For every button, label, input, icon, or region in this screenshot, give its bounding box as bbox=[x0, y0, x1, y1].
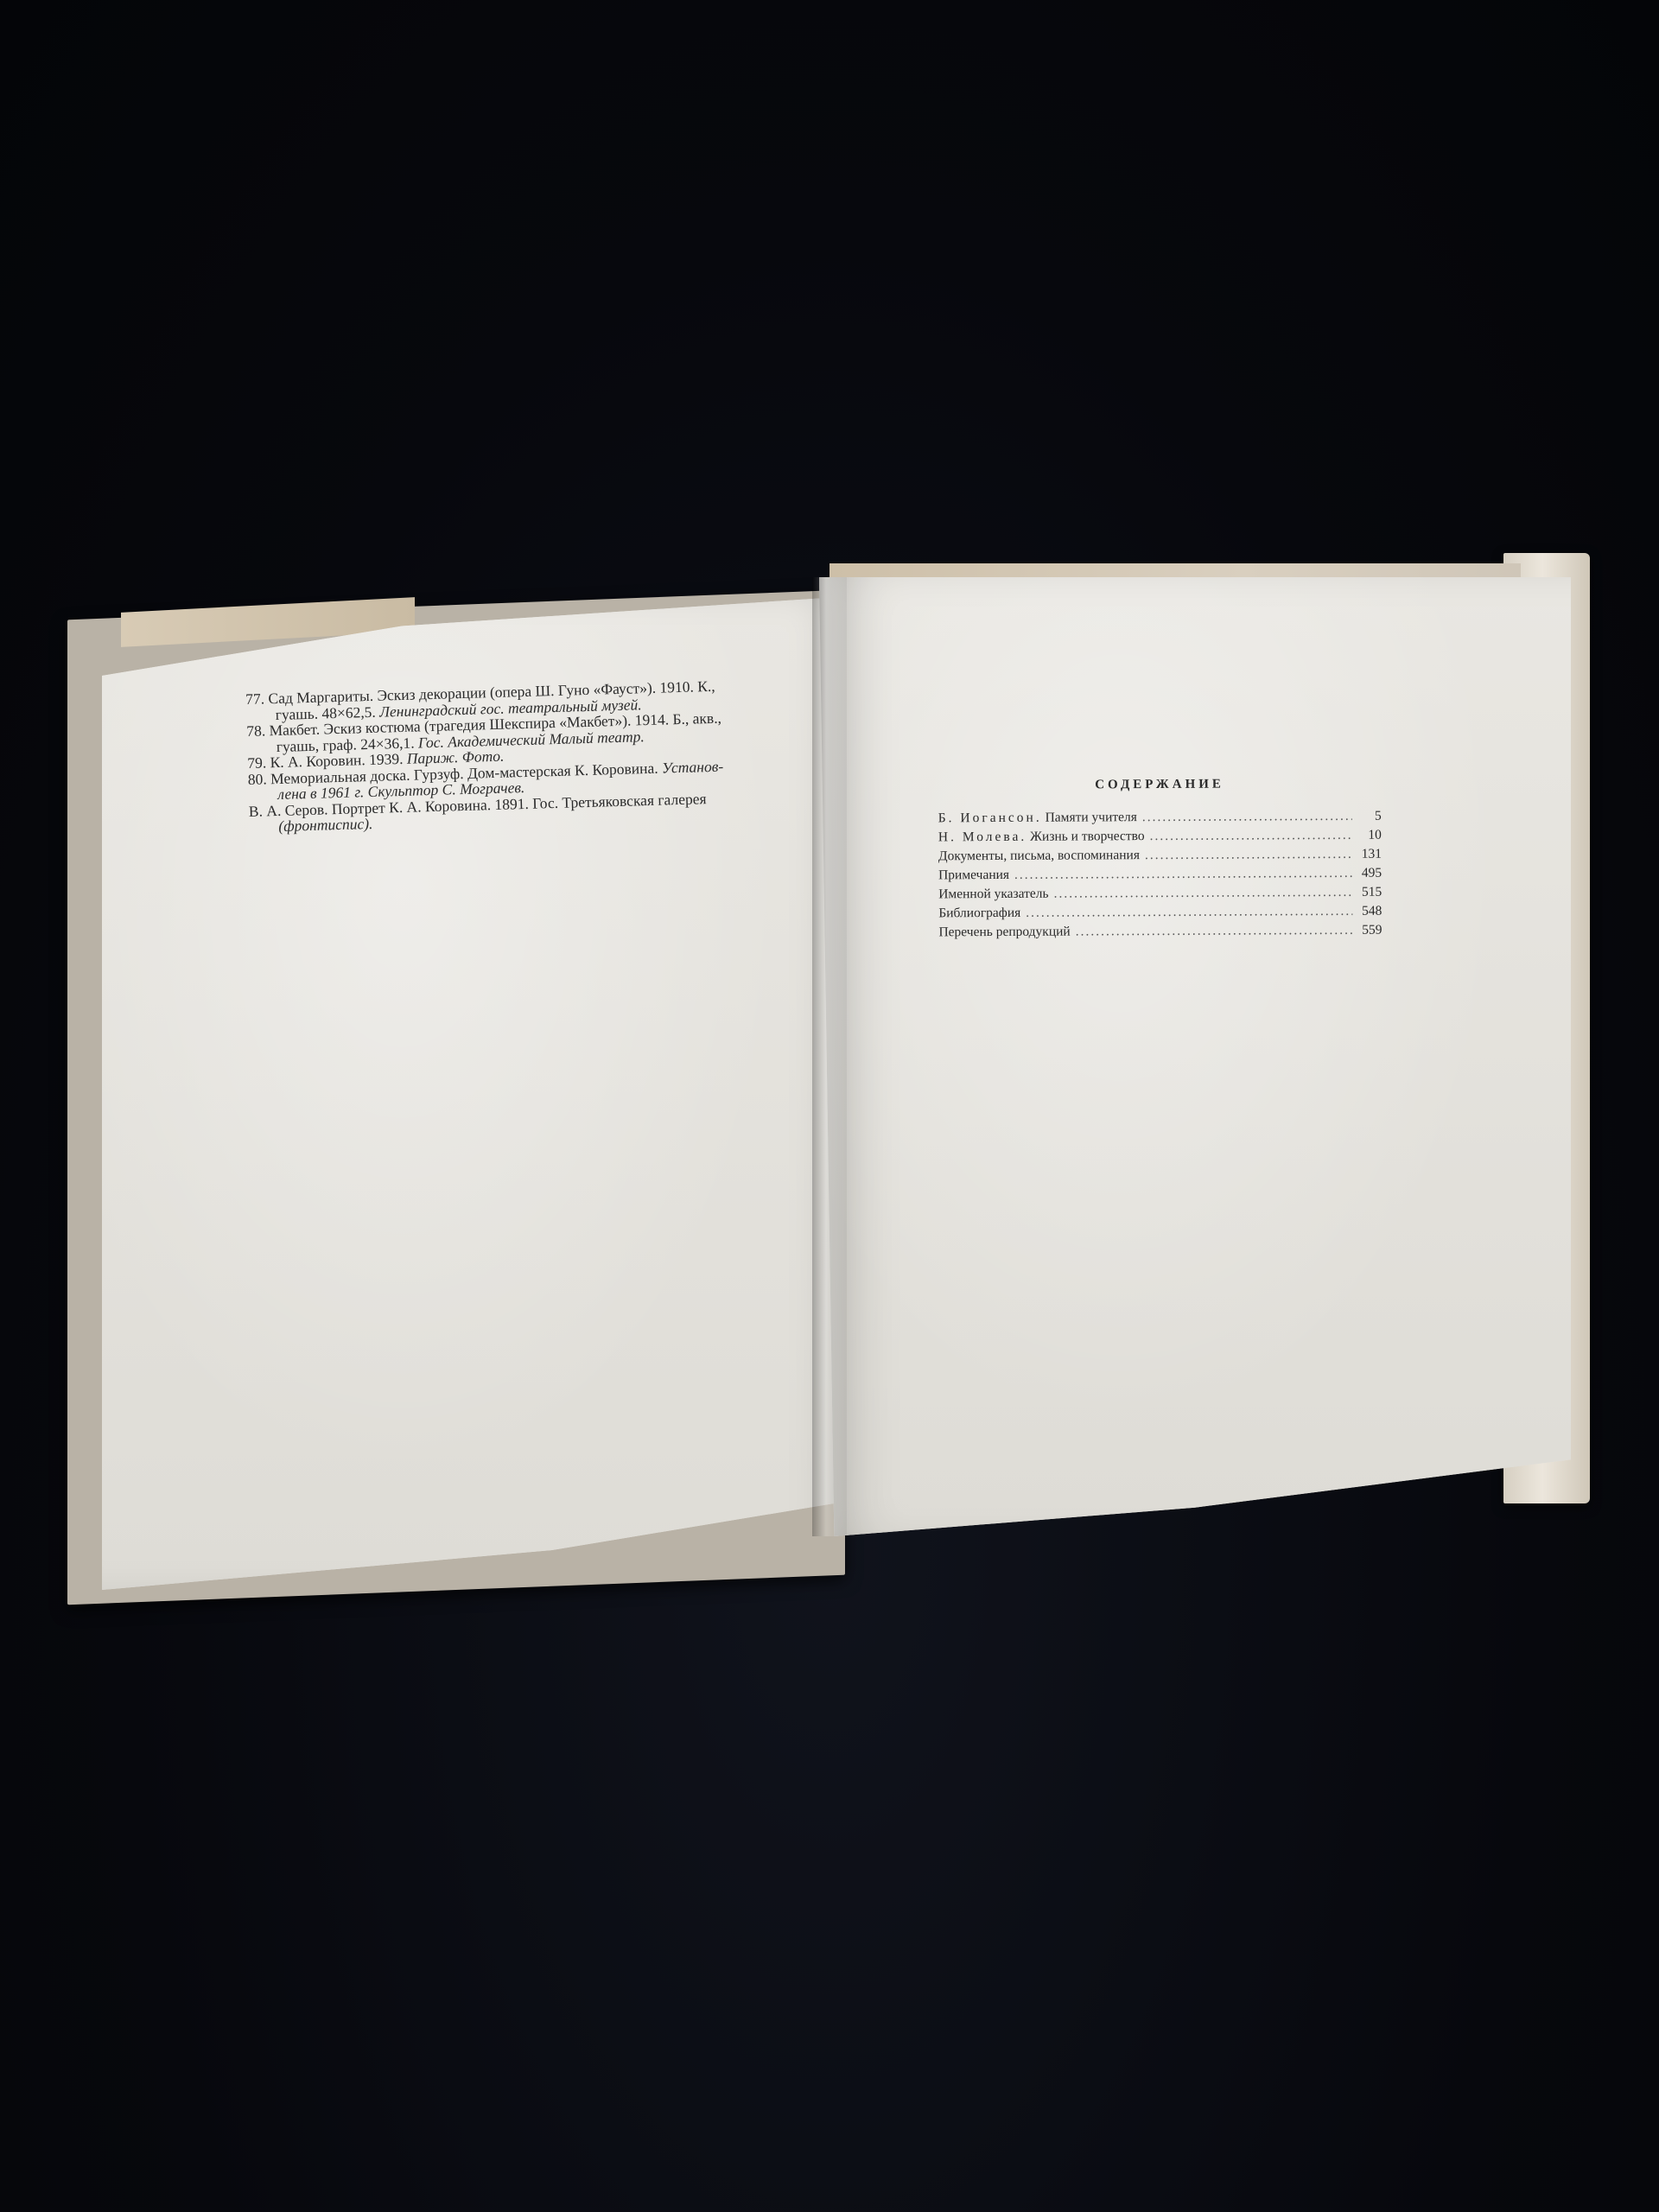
toc-entry: Именной указатель 515 bbox=[938, 883, 1382, 905]
toc-entry-title: Перечень репродукций bbox=[938, 925, 1070, 940]
toc-entry-label: Перечень репродукций bbox=[938, 923, 1070, 943]
toc-leader-dots bbox=[1054, 883, 1353, 904]
toc-entry-label: Н. Молева. Жизнь и творчество bbox=[938, 827, 1145, 847]
toc-leader-dots bbox=[1145, 845, 1352, 865]
right-page bbox=[819, 577, 1571, 1536]
toc-title: СОДЕРЖАНИЕ bbox=[938, 777, 1382, 794]
toc-leader-dots bbox=[1026, 902, 1352, 923]
table-of-contents: СОДЕРЖАНИЕ Б. Иогансон. Памяти учителя 5… bbox=[938, 777, 1382, 943]
toc-entry-page: 559 bbox=[1357, 921, 1382, 940]
toc-entry-label: Именной указатель bbox=[938, 885, 1049, 905]
book-gutter bbox=[812, 577, 847, 1536]
toc-entry-label: Примечания bbox=[938, 866, 1009, 885]
toc-leader-dots bbox=[1014, 864, 1352, 885]
toc-entry: Н. Молева. Жизнь и творчество 10 bbox=[938, 826, 1382, 848]
toc-entry-title: Примечания bbox=[938, 868, 1009, 882]
toc-entry-author: Н. Молева. bbox=[938, 829, 1027, 845]
reproduction-captions: 77. Сад Маргариты. Эскиз декорации (опер… bbox=[245, 677, 733, 835]
toc-entry-label: Библиография bbox=[938, 904, 1020, 923]
toc-entry-title: Именной указатель bbox=[938, 887, 1048, 902]
caption-number: 77. bbox=[245, 690, 264, 708]
caption-number: 79. bbox=[247, 753, 266, 772]
toc-entry: Б. Иогансон. Памяти учителя 5 bbox=[938, 807, 1382, 829]
toc-entry: Библиография 548 bbox=[938, 902, 1382, 924]
toc-entry-page: 10 bbox=[1357, 826, 1382, 845]
caption-continuation: (фронтиспис). bbox=[278, 815, 373, 835]
caption-number: 80. bbox=[248, 770, 267, 788]
toc-entry-page: 515 bbox=[1357, 883, 1382, 902]
toc-leader-dots bbox=[1142, 807, 1352, 827]
toc-leader-dots bbox=[1076, 921, 1353, 942]
open-book: 77. Сад Маргариты. Эскиз декорации (опер… bbox=[0, 0, 1659, 2212]
toc-entry-title: Документы, письма, воспоминания bbox=[938, 848, 1140, 863]
toc-entry-page: 548 bbox=[1357, 902, 1382, 921]
toc-entry-label: Документы, письма, воспоминания bbox=[938, 846, 1140, 866]
toc-entry-label: Б. Иогансон. Памяти учителя bbox=[938, 808, 1137, 828]
toc-entry-page: 495 bbox=[1357, 864, 1382, 883]
toc-entry-title: Жизнь и творчество bbox=[1030, 829, 1145, 844]
toc-leader-dots bbox=[1150, 826, 1352, 846]
caption-number: 78. bbox=[246, 721, 265, 740]
toc-entry: Примечания 495 bbox=[938, 864, 1382, 886]
caption-text-italic: Установ- bbox=[662, 757, 724, 776]
toc-entry-page: 5 bbox=[1357, 807, 1382, 826]
toc-entry-title: Библиография bbox=[938, 906, 1020, 920]
toc-entry: Перечень репродукций 559 bbox=[938, 921, 1382, 943]
toc-entry-author: Б. Иогансон. bbox=[938, 810, 1042, 826]
toc-entry-title: Памяти учителя bbox=[1046, 810, 1137, 825]
toc-entry: Документы, письма, воспоминания 131 bbox=[938, 845, 1382, 867]
toc-entry-page: 131 bbox=[1357, 845, 1382, 864]
